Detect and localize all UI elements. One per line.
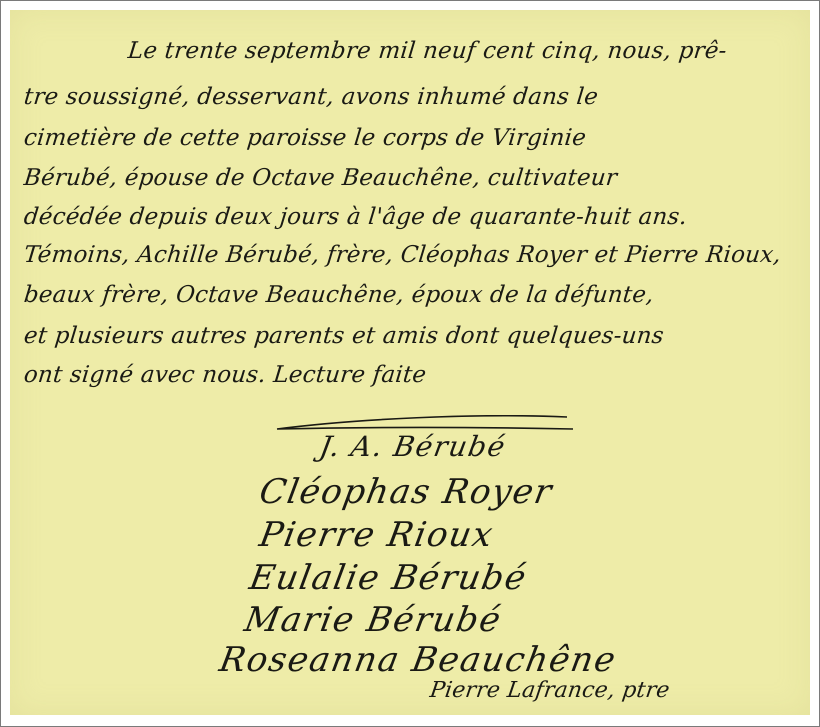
body-line-8: et plusieurs autres parents et amis dont… — [23, 323, 666, 349]
body-line-5: décédée depuis deux jours à l'âge de qua… — [23, 204, 689, 230]
document-paper: Le trente septembre mil neuf cent cinq, … — [10, 10, 810, 715]
signature-priest: Pierre Lafrance, ptre — [428, 678, 671, 703]
signature-marie-berube: Marie Bérubé — [241, 600, 504, 640]
body-line-4: Bérubé, épouse de Octave Beauchêne, cult… — [23, 165, 619, 191]
body-line-7: beaux frère, Octave Beauchêne, époux de … — [23, 282, 655, 308]
body-line-2: tre soussigné, desservant, avons inhumé … — [23, 84, 600, 110]
signature-cleophas-royer: Cléophas Royer — [256, 472, 555, 512]
signature-ja-berube: J. A. Bérubé — [317, 430, 509, 463]
document-frame: Le trente septembre mil neuf cent cinq, … — [0, 0, 820, 727]
body-line-3: cimetière de cette paroisse le corps de … — [23, 125, 588, 151]
body-line-6: Témoins, Achille Bérubé, frère, Cléophas… — [23, 242, 783, 268]
body-line-9: ont signé avec nous. Lecture faite — [23, 362, 428, 388]
signature-roseanna-beauchene: Roseanna Beauchêne — [216, 640, 619, 680]
signature-pierre-rioux: Pierre Rioux — [256, 515, 496, 555]
body-line-1: Le trente septembre mil neuf cent cinq, … — [127, 38, 728, 64]
signature-eulalie-berube: Eulalie Bérubé — [246, 558, 530, 598]
